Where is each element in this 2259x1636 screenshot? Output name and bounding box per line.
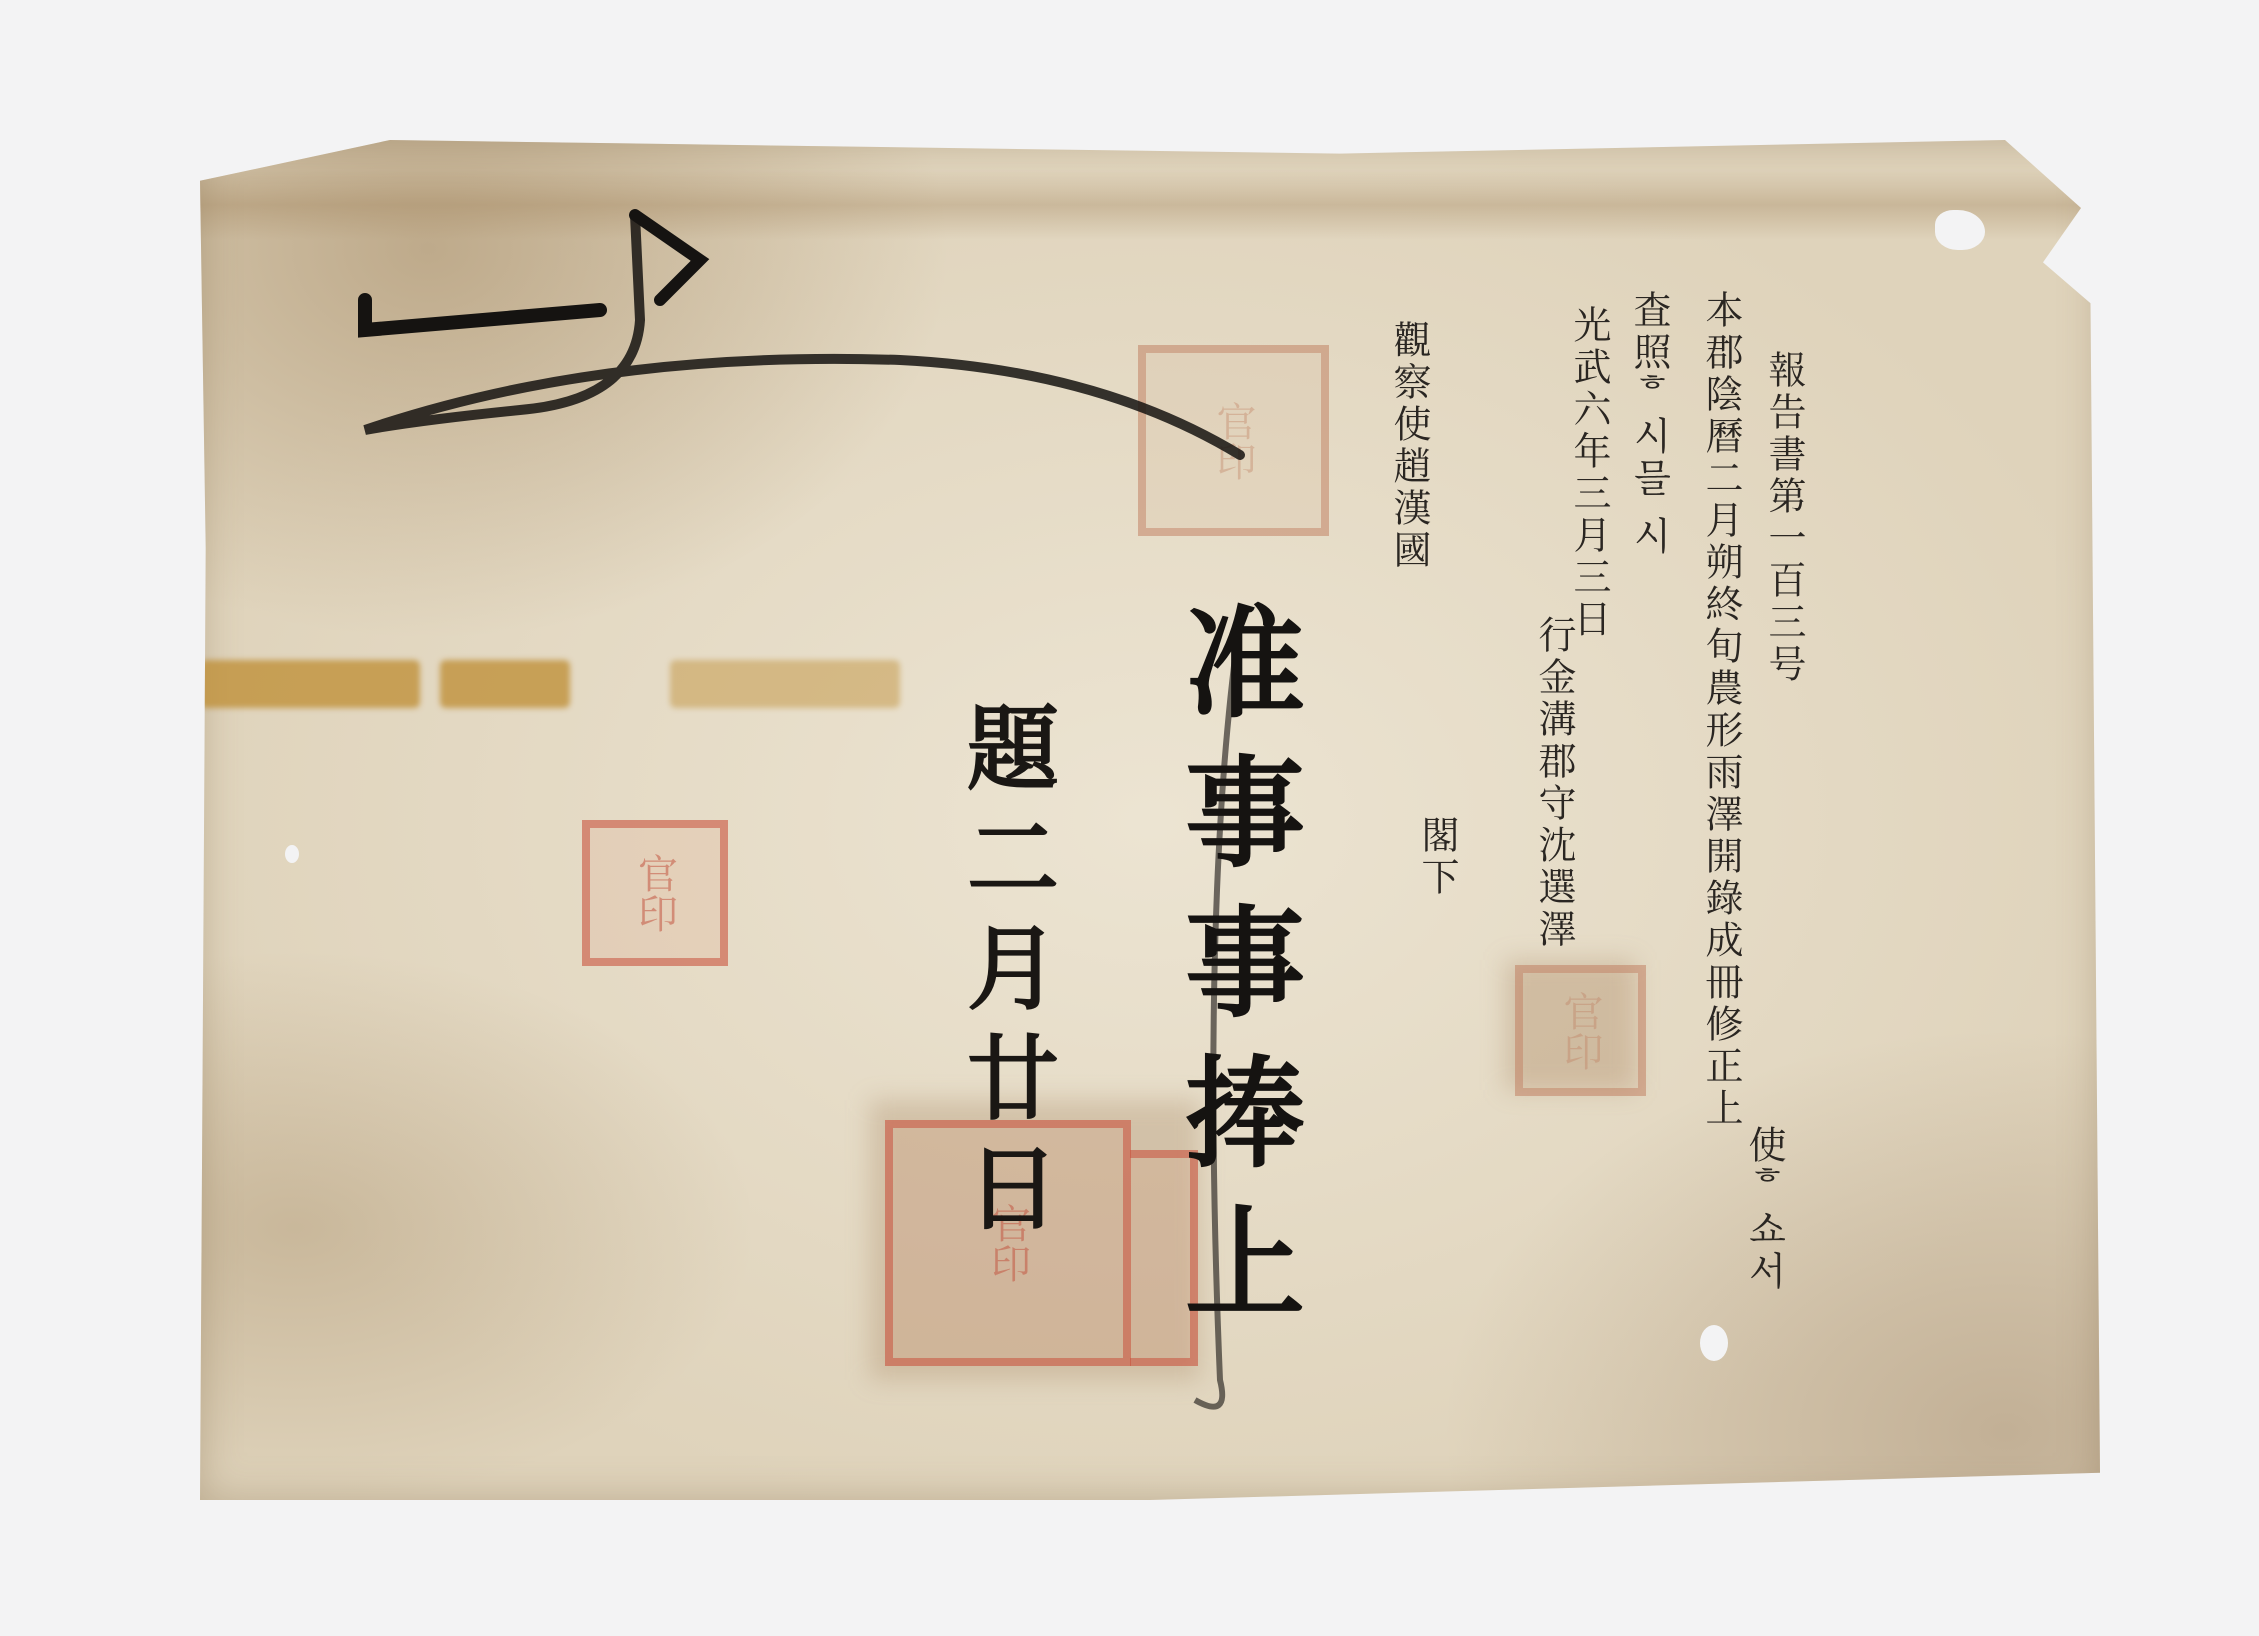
report-recipient: 觀察使趙漢國 xyxy=(1390,320,1428,572)
report-closing: 使ᄒ쇼서 xyxy=(1745,1125,1783,1293)
paper-hole xyxy=(1700,1325,1728,1361)
report-honorific: 閣下 xyxy=(1418,815,1456,899)
paper-hole xyxy=(285,845,299,863)
calligraphy-char: 准 xyxy=(1165,600,1306,750)
report-body: 本郡陰曆二月朔終旬農形雨澤開錄成冊修正上 xyxy=(1702,290,1740,1130)
signature-brush-mark xyxy=(0,0,2259,1636)
calligraphy-approval: 准事事捧上 xyxy=(1175,600,1295,1350)
calligraphy-date: 題二月廿日 xyxy=(960,700,1052,1250)
report-date: 光武六年三月三日 xyxy=(1570,305,1608,641)
report-request: 査照ᄒ시믈 시 xyxy=(1630,290,1668,558)
report-title: 報告書第一百三号 xyxy=(1765,350,1803,686)
calligraphy-text: 二月廿日 xyxy=(952,810,1060,1250)
report-sender: 行金溝郡守沈選澤 xyxy=(1535,615,1573,951)
calligraphy-text: 事事捧上 xyxy=(1165,750,1306,1350)
paper-tear xyxy=(1935,210,1985,250)
calligraphy-char: 題 xyxy=(952,700,1060,810)
